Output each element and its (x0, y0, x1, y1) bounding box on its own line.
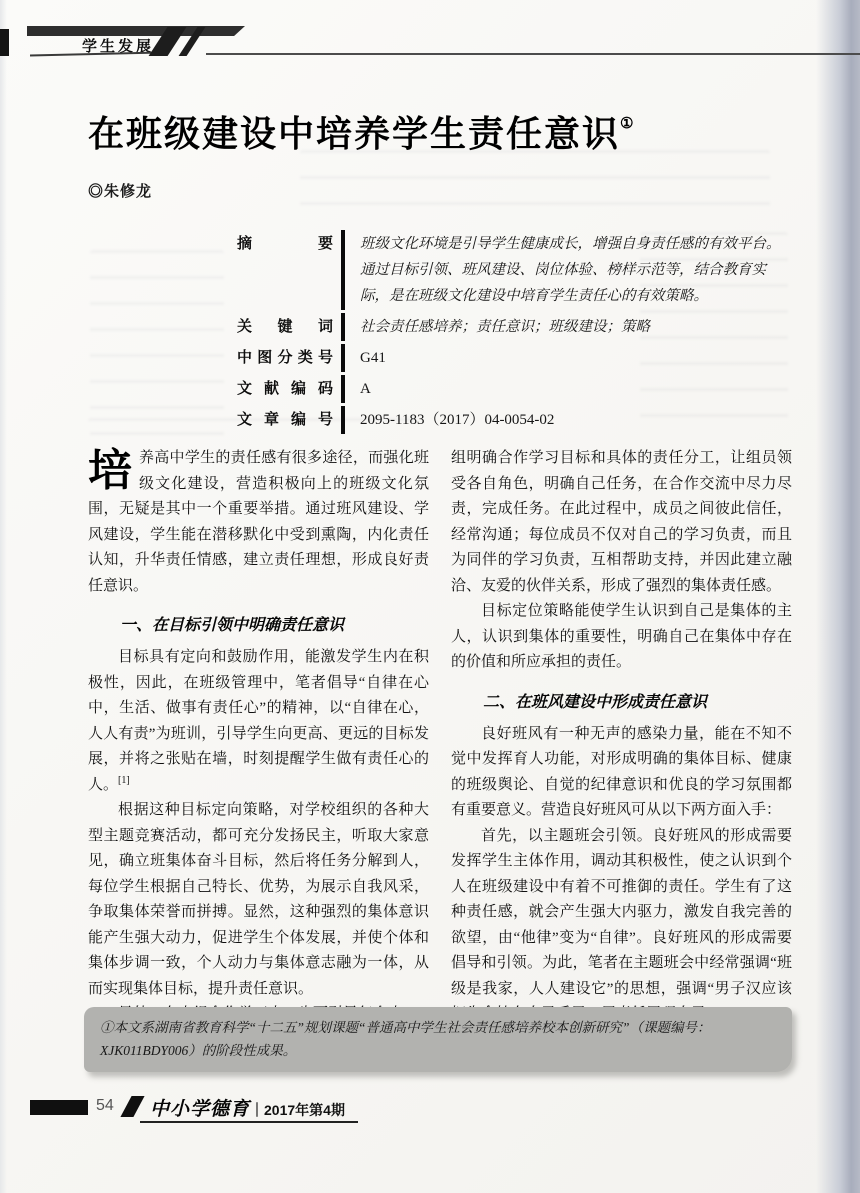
article-title: 在班级建设中培养学生责任意识① (88, 106, 633, 157)
footnote-box: ①本文系湖南省教育科学“十二五”规划课题“普通高中学生社会责任感培养校本创新研究… (84, 1007, 792, 1072)
page-right-edge-shadow (816, 0, 860, 1193)
meta-row-doccode: 文献编码 A (237, 375, 789, 403)
article-body: 培养高中学生的责任感有很多途径，而强化班级文化建设，营造积极向上的班级文化氛围，… (88, 446, 792, 1012)
page-number: 54 (96, 1097, 114, 1115)
dropcap-char: 培 (88, 446, 139, 494)
body-right-column: 组明确合作学习目标和具体的责任分工，让组员领受各自角色，明确自己任务，在合作交流… (451, 446, 792, 1012)
abstract-label: 摘要 (237, 230, 333, 310)
body-left-column: 培养高中学生的责任感有很多途径，而强化班级文化建设，营造积极向上的班级文化氛围，… (88, 446, 429, 1012)
footer-wedge (120, 1096, 144, 1117)
paragraph-group-learning-cont: 组明确合作学习目标和具体的责任分工，让组员领受各自角色，明确自己任务，在合作交流… (451, 446, 792, 599)
page-left-edge (0, 0, 7, 1193)
journal-name: 中小学德育 (150, 1099, 250, 1120)
paragraph-theme-class-meeting: 首先，以主题班会引领。良好班风的形成需要发挥学生主体作用，调动其积极性，使之认识… (451, 824, 792, 1013)
footer-black-bar (30, 1100, 88, 1115)
meta-row-abstract: 摘要 班级文化环境是引导学生健康成长，增强自身责任感的有效平台。通过目标引领、班… (237, 230, 789, 310)
title-footnote-marker: ① (620, 115, 633, 132)
paragraph-competition: 根据这种目标定向策略，对学校组织的各种大型主题竞赛活动，都可充分发扬民主，听取大… (88, 798, 429, 1002)
article-title-text: 在班级建设中培养学生责任意识 (88, 113, 620, 154)
abstract-text: 班级文化环境是引导学生健康成长，增强自身责任感的有效平台。通过目标引领、班风建设… (341, 230, 789, 310)
doccode-value: A (341, 375, 789, 403)
footnote-text: ①本文系湖南省教育科学“十二五”规划课题“普通高中学生社会责任感培养校本创新研究… (100, 1016, 776, 1062)
footer-underline (140, 1121, 358, 1123)
header-rule (206, 53, 860, 55)
reference-marker-1: [1] (118, 775, 130, 786)
paragraph-goal-orientation-text: 目标具有定向和鼓励作用，能激发学生内在积极性，因此，在班级管理中，笔者倡导“自律… (88, 649, 429, 793)
article-meta-block: 摘要 班级文化环境是引导学生健康成长，增强自身责任感的有效平台。通过目标引领、班… (237, 230, 789, 437)
opening-paragraph: 培养高中学生的责任感有很多途径，而强化班级文化建设，营造积极向上的班级文化氛围，… (88, 446, 429, 599)
journal-line: 中小学德育｜2017年第4期 (150, 1094, 345, 1121)
journal-issue: 2017年第4期 (264, 1102, 345, 1118)
keywords-text: 社会责任感培养；责任意识；班级建设；策略 (341, 313, 789, 341)
section-heading-2: 二、在班风建设中形成责任意识 (451, 689, 792, 712)
bleedthrough-left-margin (90, 250, 224, 440)
doccode-label: 文献编码 (237, 375, 333, 403)
meta-row-clc: 中图分类号 G41 (237, 344, 789, 372)
meta-row-keywords: 关键词 社会责任感培养；责任意识；班级建设；策略 (237, 313, 789, 341)
articleno-label: 文章编号 (237, 406, 333, 434)
keywords-label: 关键词 (237, 313, 333, 341)
scanned-journal-page: 学生发展 在班级建设中培养学生责任意识① ◎朱修龙 摘要 班级文化环境是引导学生… (0, 0, 860, 1193)
articleno-value: 2095-1183（2017）04-0054-02 (341, 406, 789, 434)
journal-separator: ｜ (250, 1102, 264, 1118)
opening-paragraph-text: 养高中学生的责任感有很多途径，而强化班级文化建设，营造积极向上的班级文化氛围，无… (88, 450, 429, 594)
clc-number: G41 (341, 344, 789, 372)
section-heading-1: 一、在目标引领中明确责任意识 (88, 612, 429, 635)
paragraph-goal-orientation: 目标具有定向和鼓励作用，能激发学生内在积极性，因此，在班级管理中，笔者倡导“自律… (88, 645, 429, 798)
paragraph-class-ethos: 良好班风有一种无声的感染力量，能在不知不觉中发挥育人功能，对形成明确的集体目标、… (451, 722, 792, 824)
paragraph-goal-positioning: 目标定位策略能使学生认识到自己是集体的主人，认识到集体的重要性，明确自己在集体中… (451, 599, 792, 676)
clc-label: 中图分类号 (237, 344, 333, 372)
bleedthrough-under-title (300, 150, 770, 228)
binding-notch (0, 29, 9, 56)
author-name: ◎朱修龙 (88, 180, 152, 201)
meta-row-articleno: 文章编号 2095-1183（2017）04-0054-02 (237, 406, 789, 434)
